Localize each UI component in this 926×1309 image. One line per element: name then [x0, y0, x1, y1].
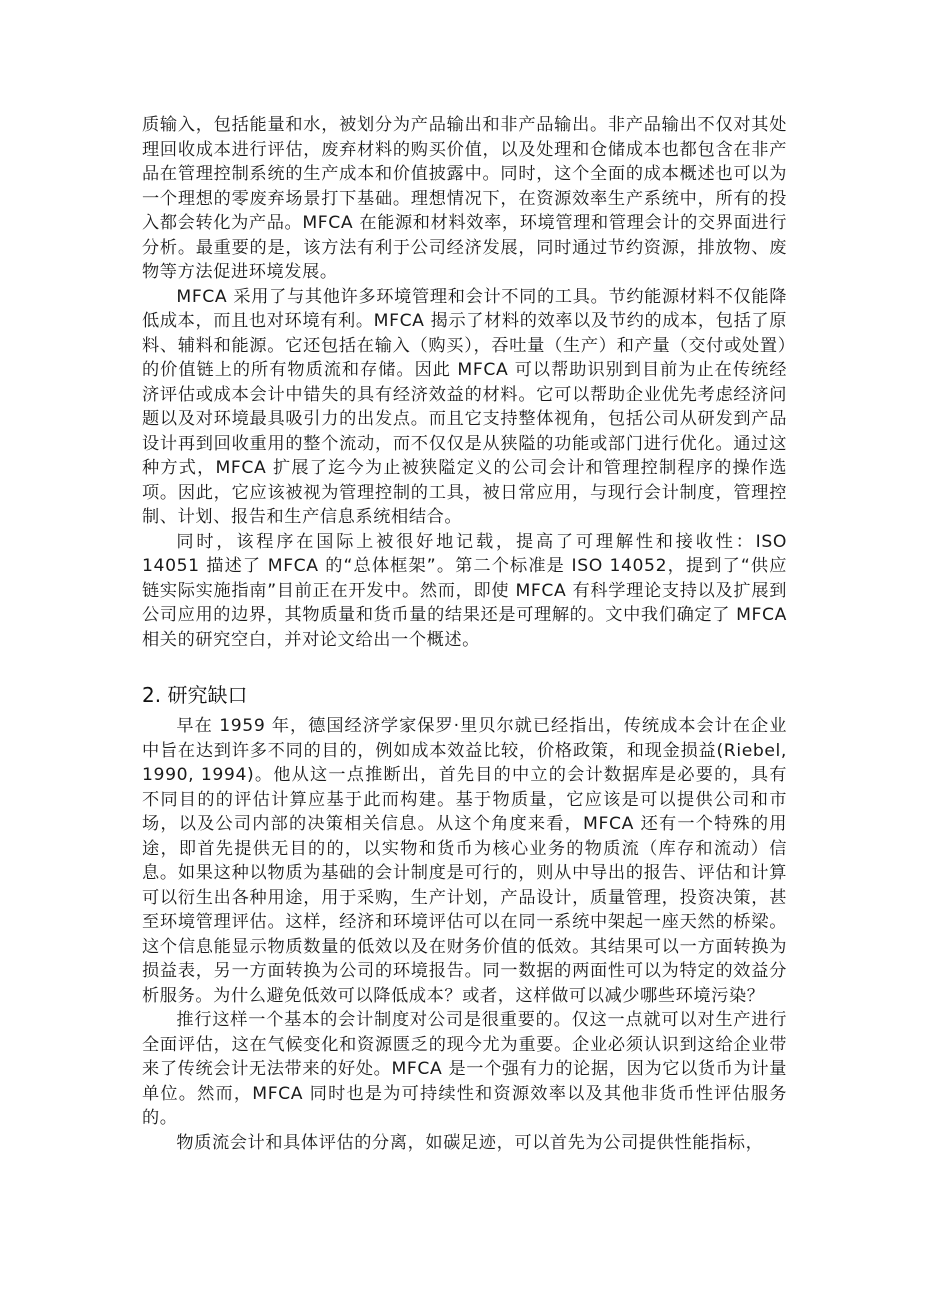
section-continued: 质输入，包括能量和水，被划分为产品输出和非产品输出。非产品输出不仅对其处理回收成…: [142, 113, 787, 652]
paragraph: MFCA 采用了与其他许多环境管理和会计不同的工具。节约能源材料不仅能降低成本，…: [142, 285, 787, 530]
document-page: 质输入，包括能量和水，被划分为产品输出和非产品输出。非产品输出不仅对其处理回收成…: [142, 113, 787, 1155]
paragraph: 物质流会计和具体评估的分离，如碳足迹，可以首先为公司提供性能指标，: [142, 1131, 787, 1156]
paragraph: 质输入，包括能量和水，被划分为产品输出和非产品输出。非产品输出不仅对其处理回收成…: [142, 113, 787, 285]
paragraph: 同时，该程序在国际上被很好地记载，提高了可理解性和接收性：ISO 14051 描…: [142, 530, 787, 653]
section-research-gap: 2. 研究缺口 早在 1959 年，德国经济学家保罗·里贝尔就已经指出，传统成本…: [142, 681, 787, 1155]
section-heading: 2. 研究缺口: [142, 681, 787, 709]
paragraph: 早在 1959 年，德国经济学家保罗·里贝尔就已经指出，传统成本会计在企业中旨在…: [142, 714, 787, 1008]
paragraph: 推行这样一个基本的会计制度对公司是很重要的。仅这一点就可以对生产进行全面评估，这…: [142, 1008, 787, 1131]
